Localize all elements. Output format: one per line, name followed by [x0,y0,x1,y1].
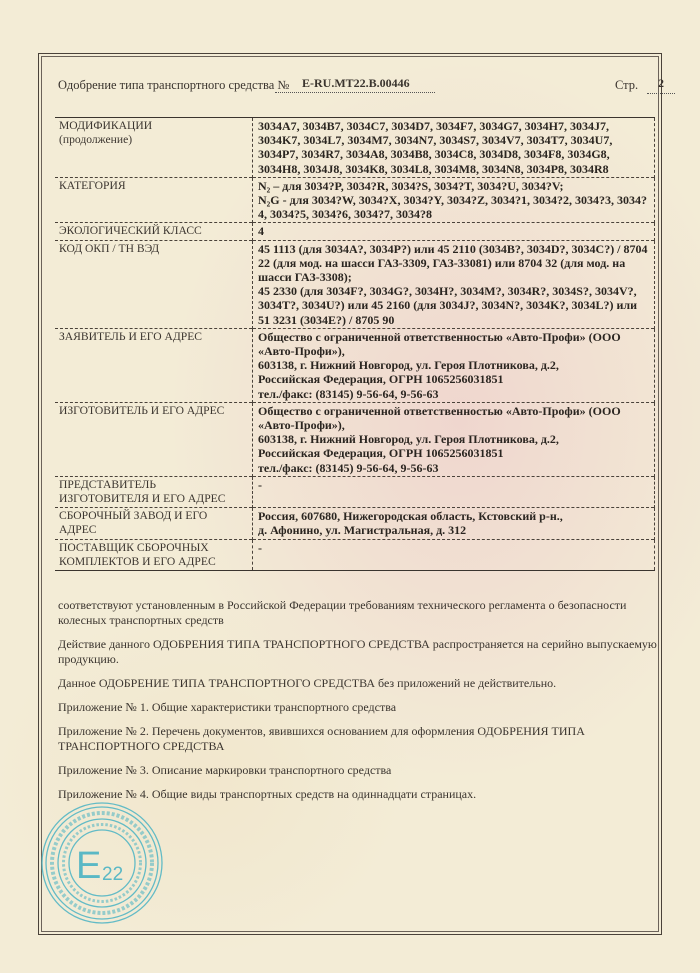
row-value: - [253,539,655,570]
e22-approval-stamp-icon: E 22 [36,801,166,931]
vehicle-info-table: МОДИФИКАЦИИ(продолжение)3034A7, 3034B7, … [55,117,655,571]
paragraph: Действие данного ОДОБРЕНИЯ ТИПА ТРАНСПОР… [58,637,658,667]
row-value: Общество с ограниченной ответственностью… [253,402,655,476]
paragraph: Приложение № 4. Общие виды транспортных … [58,787,658,802]
row-value: Общество с ограниченной ответственностью… [253,328,655,402]
row-value: N₂ – для 3034?P, 3034?R, 3034?S, 3034?T,… [253,177,655,223]
paragraph: соответствуют установленным в Российской… [58,598,658,628]
table-row-category: КАТЕГОРИЯN₂ – для 3034?P, 3034?R, 3034?S… [55,177,655,223]
paragraph: Данное ОДОБРЕНИЕ ТИПА ТРАНСПОРТНОГО СРЕД… [58,676,658,691]
document-body: соответствуют установленным в Российской… [58,598,658,811]
row-label: КАТЕГОРИЯ [55,177,253,223]
table-row-kit-supplier: ПОСТАВЩИК СБОРОЧНЫХКОМПЛЕКТОВ И ЕГО АДРЕ… [55,539,655,570]
page-label: Стр. [615,78,638,93]
row-label: ПРЕДСТАВИТЕЛЬИЗГОТОВИТЕЛЯ И ЕГО АДРЕС [55,476,253,507]
row-label: ЗАЯВИТЕЛЬ И ЕГО АДРЕС [55,328,253,402]
row-label: ИЗГОТОВИТЕЛЬ И ЕГО АДРЕС [55,402,253,476]
paragraph: Приложение № 1. Общие характеристики тра… [58,700,658,715]
row-label: СБОРОЧНЫЙ ЗАВОД И ЕГОАДРЕС [55,508,253,539]
table-row-applicant: ЗАЯВИТЕЛЬ И ЕГО АДРЕСОбщество с ограниче… [55,328,655,402]
svg-text:E: E [76,845,101,887]
table-row-eco-class: ЭКОЛОГИЧЕСКИЙ КЛАСС4 [55,223,655,240]
row-value: - [253,476,655,507]
row-value: 45 1113 (для 3034A?, 3034P?) или 45 2110… [253,240,655,328]
header-title: Одобрение типа транспортного средства № [58,78,289,93]
row-value: 3034A7, 3034B7, 3034C7, 3034D7, 3034F7, … [253,118,655,178]
svg-text:22: 22 [102,864,123,885]
table-row-assembly-plant: СБОРОЧНЫЙ ЗАВОД И ЕГОАДРЕСРоссия, 607680… [55,508,655,539]
row-label: ПОСТАВЩИК СБОРОЧНЫХКОМПЛЕКТОВ И ЕГО АДРЕ… [55,539,253,570]
table-row-modifications: МОДИФИКАЦИИ(продолжение)3034A7, 3034B7, … [55,118,655,178]
table-row-okp-code: КОД ОКП / ТН ВЭД45 1113 (для 3034A?, 303… [55,240,655,328]
table-row-manufacturer: ИЗГОТОВИТЕЛЬ И ЕГО АДРЕСОбщество с огран… [55,402,655,476]
page-number: 2 [647,76,675,94]
approval-number: E-RU.MT22.B.00446 [275,76,435,93]
row-label: ЭКОЛОГИЧЕСКИЙ КЛАСС [55,223,253,240]
paragraph: Приложение № 3. Описание маркировки тран… [58,763,658,778]
row-value: 4 [253,223,655,240]
document-header: Одобрение типа транспортного средства № … [58,73,650,97]
paragraph: Приложение № 2. Перечень документов, яви… [58,724,658,754]
row-label: МОДИФИКАЦИИ(продолжение) [55,118,253,178]
row-label: КОД ОКП / ТН ВЭД [55,240,253,328]
table-row-representative: ПРЕДСТАВИТЕЛЬИЗГОТОВИТЕЛЯ И ЕГО АДРЕС- [55,476,655,507]
row-value: Россия, 607680, Нижегородская область, К… [253,508,655,539]
